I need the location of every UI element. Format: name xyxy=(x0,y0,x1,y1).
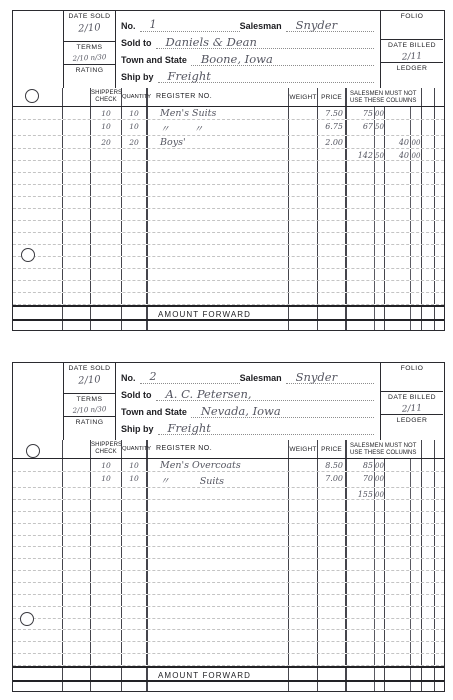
entry-price: 7.50 xyxy=(318,107,347,119)
entry-check: 10 xyxy=(91,459,122,471)
table-row xyxy=(13,245,444,257)
table-row: 142504000 xyxy=(13,149,444,161)
cell-b xyxy=(63,571,91,582)
cell-g xyxy=(318,257,347,268)
cell-a xyxy=(13,559,63,570)
entry-qty: 20 xyxy=(122,136,148,148)
salesman-label: Salesman xyxy=(240,374,286,384)
cell-a xyxy=(13,307,63,319)
cell-f xyxy=(289,654,318,665)
cell-s4 xyxy=(435,269,443,280)
cell-b xyxy=(63,221,91,232)
cell-c xyxy=(91,607,122,618)
cell-a xyxy=(13,595,63,606)
table-row: 1010〃 Suits7.007000 xyxy=(13,472,444,488)
cell-e xyxy=(148,321,289,330)
table-row xyxy=(13,619,444,631)
cell-a xyxy=(13,136,63,148)
table-row xyxy=(13,583,444,595)
cell-g xyxy=(318,488,347,499)
cell-d xyxy=(122,547,148,558)
cell-s3 xyxy=(422,619,435,630)
cell-f xyxy=(289,245,318,256)
cell-s4 xyxy=(435,607,443,618)
date-sold-value: 2/10 xyxy=(64,374,116,388)
cell-f xyxy=(289,161,318,172)
cell-a xyxy=(13,120,63,135)
weight-header: WEIGHT xyxy=(289,88,318,106)
salesmen-note-header: SALESMEN MUST NOT USE THESE COLUMNS xyxy=(347,440,422,458)
cell-s1 xyxy=(347,257,385,268)
punch-hole xyxy=(20,612,34,626)
cell-d xyxy=(122,221,148,232)
cell-s2 xyxy=(385,281,422,292)
date-sold-value: 2/10 xyxy=(64,22,116,36)
cell-b xyxy=(63,293,91,304)
cell-e xyxy=(148,269,289,280)
cell-e xyxy=(148,559,289,570)
cell-d xyxy=(122,307,148,319)
table-row xyxy=(13,221,444,233)
cell-s2 xyxy=(385,185,422,196)
cell-s4 xyxy=(435,281,443,292)
cell-s1 xyxy=(347,321,385,330)
cell-d xyxy=(122,269,148,280)
cell-e xyxy=(148,682,289,691)
amount-value: 7500 xyxy=(347,107,385,119)
header-ledger-column: FOLIO DATE BILLED 2/11 LEDGER xyxy=(381,363,443,440)
cell-s4 xyxy=(435,149,443,160)
cell-s2 xyxy=(385,307,422,319)
cell-f xyxy=(289,630,318,641)
cell-c xyxy=(91,595,122,606)
cell-g xyxy=(318,607,347,618)
cell-s1 xyxy=(347,185,385,196)
cell-s3 xyxy=(422,293,435,304)
cell-s1 xyxy=(347,500,385,511)
order-number-value: 1 xyxy=(140,19,240,32)
cell-f xyxy=(289,149,318,160)
cell-c xyxy=(91,583,122,594)
cell-a xyxy=(13,161,63,172)
cell-a xyxy=(13,459,63,471)
salesmen-note-header: SALESMEN MUST NOT USE THESE COLUMNS xyxy=(347,88,422,106)
table-row xyxy=(13,571,444,583)
ledger-label: LEDGER xyxy=(381,415,443,425)
bottom-empty-row xyxy=(13,682,444,691)
cell-d xyxy=(122,209,148,220)
cell-b xyxy=(63,307,91,319)
cell-c xyxy=(91,536,122,547)
cell-d xyxy=(122,536,148,547)
cell-s2 xyxy=(385,257,422,268)
cell-s2 xyxy=(385,524,422,535)
cell-s3 xyxy=(422,547,435,558)
entry-price: 2.00 xyxy=(318,136,347,148)
cell-g xyxy=(318,642,347,653)
sold-to-line: Sold to Daniels & Dean xyxy=(121,34,374,49)
cell-s1 xyxy=(347,642,385,653)
table-header-row: SHIPPERS CHECK QUANTITY REGISTER NO. WEI… xyxy=(13,440,444,459)
cell-s3 xyxy=(422,512,435,523)
cell-f xyxy=(289,307,318,319)
cell-s2 xyxy=(385,321,422,330)
cell-s3 xyxy=(422,269,435,280)
header-blank-cell xyxy=(13,363,64,440)
cell-s1 xyxy=(347,559,385,570)
cell-f xyxy=(289,107,318,119)
town-state-value: Nevada, Iowa xyxy=(191,405,374,418)
ledger-box: LEDGER xyxy=(381,63,443,88)
cell-s3 xyxy=(422,654,435,665)
table-row xyxy=(13,630,444,642)
ship-by-value: Freight xyxy=(158,70,374,83)
cell-c xyxy=(91,488,122,499)
cell-s3 xyxy=(422,459,435,471)
cell-s2 xyxy=(385,209,422,220)
cell-d xyxy=(122,595,148,606)
sold-to-line: Sold to A. C. Petersen, xyxy=(121,386,374,401)
cell-c xyxy=(91,654,122,665)
cell-s4 xyxy=(435,293,443,304)
cell-c xyxy=(91,197,122,208)
entry-qty: 10 xyxy=(122,459,148,471)
cell-s1 xyxy=(347,595,385,606)
cell-f xyxy=(289,459,318,471)
cell-f xyxy=(289,668,318,680)
table-row xyxy=(13,524,444,536)
table-row xyxy=(13,547,444,559)
cell-s4 xyxy=(435,173,443,184)
cell-e xyxy=(148,197,289,208)
cell-d xyxy=(122,619,148,630)
cell-f xyxy=(289,472,318,487)
cell-d xyxy=(122,583,148,594)
cell-g xyxy=(318,654,347,665)
town-state-value: Boone, Iowa xyxy=(191,53,374,66)
table-body: 1010Men's Overcoats8.5085001010〃 Suits7.… xyxy=(13,459,444,666)
cell-g xyxy=(318,512,347,523)
table-row xyxy=(13,161,444,173)
cell-a xyxy=(13,472,63,487)
date-billed-label: DATE BILLED xyxy=(381,392,443,402)
entry-register: Men's Overcoats xyxy=(148,459,289,471)
entry-register: Boys' xyxy=(148,136,289,148)
cell-e xyxy=(148,245,289,256)
cell-e xyxy=(148,547,289,558)
cell-b xyxy=(63,512,91,523)
cell-e xyxy=(148,571,289,582)
cell-g xyxy=(318,559,347,570)
cell-s1 xyxy=(347,630,385,641)
cell-s1 xyxy=(347,583,385,594)
cell-s4 xyxy=(435,472,443,487)
cell-s3 xyxy=(422,161,435,172)
cell-s3 xyxy=(422,209,435,220)
cell-e xyxy=(148,583,289,594)
cell-a xyxy=(13,500,63,511)
cell-s3 xyxy=(422,524,435,535)
cell-c xyxy=(91,221,122,232)
cell-s3 xyxy=(422,173,435,184)
cell-s2 xyxy=(385,536,422,547)
cell-a xyxy=(13,571,63,582)
cell-s2 xyxy=(385,682,422,691)
cell-g xyxy=(318,269,347,280)
cell-c xyxy=(91,682,122,691)
scanned-page: DATE SOLD 2/10 TERMS 2/10 n/30 RATING No… xyxy=(0,0,453,700)
cell-b xyxy=(63,536,91,547)
cell-f xyxy=(289,197,318,208)
punch-hole xyxy=(26,444,40,458)
amount-value: 7000 xyxy=(347,472,385,487)
cell-a xyxy=(13,321,63,330)
table-row xyxy=(13,197,444,209)
cell-g xyxy=(318,197,347,208)
cell-b xyxy=(63,233,91,244)
cell-e xyxy=(148,173,289,184)
town-state-label: Town and State xyxy=(121,56,191,66)
cell-a xyxy=(13,293,63,304)
cell-d xyxy=(122,559,148,570)
cell-d xyxy=(122,682,148,691)
cell-g xyxy=(318,547,347,558)
salesmen-note-line1: SALESMEN MUST NOT xyxy=(350,443,421,451)
cell-s1 xyxy=(347,269,385,280)
cell-s1 xyxy=(347,682,385,691)
cell-a xyxy=(13,269,63,280)
amount-forward-label: AMOUNT FORWARD xyxy=(148,668,289,680)
cell-d xyxy=(122,161,148,172)
cell-s3 xyxy=(422,595,435,606)
cell-s3 xyxy=(422,583,435,594)
cell-a xyxy=(13,512,63,523)
cell-c xyxy=(91,307,122,319)
entry-qty: 10 xyxy=(122,472,148,487)
cell-s2 xyxy=(385,571,422,582)
cell-s3 xyxy=(422,559,435,570)
cell-s2 xyxy=(385,595,422,606)
cell-s2 xyxy=(385,607,422,618)
table-row xyxy=(13,257,444,269)
bottom-empty-row xyxy=(13,321,444,330)
ledger-label: LEDGER xyxy=(381,63,443,73)
folio-label: FOLIO xyxy=(381,11,443,21)
cell-s1 xyxy=(347,571,385,582)
cell-s1 xyxy=(347,547,385,558)
cell-e xyxy=(148,619,289,630)
punch-hole xyxy=(21,248,35,262)
cell-c xyxy=(91,173,122,184)
cell-b xyxy=(63,257,91,268)
cell-d xyxy=(122,245,148,256)
cell-c xyxy=(91,233,122,244)
sold-to-label: Sold to xyxy=(121,39,156,49)
cell-s4 xyxy=(435,524,443,535)
cell-b xyxy=(63,173,91,184)
price-header: PRICE xyxy=(318,440,347,458)
cell-s2 xyxy=(385,630,422,641)
town-state-line: Town and State Boone, Iowa xyxy=(121,51,374,66)
cell-s1 xyxy=(347,136,385,148)
cell-s4 xyxy=(435,120,443,135)
table-row xyxy=(13,269,444,281)
cell-e xyxy=(148,185,289,196)
cell-f xyxy=(289,233,318,244)
cell-a xyxy=(13,185,63,196)
cell-b xyxy=(63,459,91,471)
cell-s2 xyxy=(385,559,422,570)
ship-by-line: Ship by Freight xyxy=(121,420,374,435)
cell-s4 xyxy=(435,512,443,523)
cell-d xyxy=(122,571,148,582)
cell-f xyxy=(289,583,318,594)
cell-c xyxy=(91,500,122,511)
salesman-value: Snyder xyxy=(286,371,374,384)
cell-e xyxy=(148,161,289,172)
ledger-box: LEDGER xyxy=(381,415,443,440)
cell-e xyxy=(148,149,289,160)
cell-s1 xyxy=(347,293,385,304)
table-row xyxy=(13,512,444,524)
cell-g xyxy=(318,161,347,172)
terms-label: TERMS xyxy=(64,394,115,404)
cell-s4 xyxy=(435,221,443,232)
date-billed-box: DATE BILLED 2/11 xyxy=(381,392,443,415)
table-row xyxy=(13,500,444,512)
cell-b xyxy=(63,488,91,499)
cell-b xyxy=(63,472,91,487)
cell-b xyxy=(63,642,91,653)
cell-b xyxy=(63,120,91,135)
price-header: PRICE xyxy=(318,88,347,106)
cell-g xyxy=(318,668,347,680)
cell-d xyxy=(122,321,148,330)
cell-s4 xyxy=(435,185,443,196)
table-row xyxy=(13,185,444,197)
terms-value: 2/10 n/30 xyxy=(64,405,115,415)
cell-a xyxy=(13,668,63,680)
sales-order-form-1: DATE SOLD 2/10 TERMS 2/10 n/30 RATING No… xyxy=(12,10,445,331)
cell-d xyxy=(122,173,148,184)
cell-g xyxy=(318,524,347,535)
entry-price: 6.75 xyxy=(318,120,347,135)
cell-blank-narrow xyxy=(63,88,91,106)
cell-s4 xyxy=(435,459,443,471)
entry-check: 10 xyxy=(91,120,122,135)
cell-s2 xyxy=(385,642,422,653)
cell-s4 xyxy=(435,136,443,148)
cell-f xyxy=(289,547,318,558)
cell-e xyxy=(148,233,289,244)
cell-e xyxy=(148,630,289,641)
terms-box: TERMS 2/10 n/30 xyxy=(64,42,115,65)
entry-qty: 10 xyxy=(122,120,148,135)
cell-s4 xyxy=(435,536,443,547)
rating-box: RATING xyxy=(64,417,115,440)
salesman-value: Snyder xyxy=(286,19,374,32)
cell-d xyxy=(122,668,148,680)
cell-g xyxy=(318,209,347,220)
cell-b xyxy=(63,668,91,680)
cell-d xyxy=(122,524,148,535)
ship-by-label: Ship by xyxy=(121,73,158,83)
table-row xyxy=(13,607,444,619)
cell-d xyxy=(122,281,148,292)
salesmen-note-line2: USE THESE COLUMNS xyxy=(350,450,421,458)
table-row: 15500 xyxy=(13,488,444,500)
salesmen-note-line2: USE THESE COLUMNS xyxy=(350,98,421,106)
cell-b xyxy=(63,583,91,594)
cell-e xyxy=(148,595,289,606)
cell-f xyxy=(289,281,318,292)
cell-s2 xyxy=(385,668,422,680)
cell-f xyxy=(289,571,318,582)
cell-s1 xyxy=(347,209,385,220)
cell-f xyxy=(289,512,318,523)
cell-a xyxy=(13,642,63,653)
cell-e xyxy=(148,281,289,292)
table-row xyxy=(13,233,444,245)
cell-s2 xyxy=(385,120,422,135)
cell-edge-sliver xyxy=(435,88,443,106)
cell-s3 xyxy=(422,488,435,499)
cell-s2 xyxy=(385,233,422,244)
cell-f xyxy=(289,559,318,570)
cell-s4 xyxy=(435,668,443,680)
table-row: 2020Boys'2.004000 xyxy=(13,136,444,149)
cell-a xyxy=(13,488,63,499)
folio-box: FOLIO xyxy=(381,11,443,40)
shippers-check-header: SHIPPERS CHECK xyxy=(91,88,122,106)
cell-s2 xyxy=(385,472,422,487)
amount-value: 15500 xyxy=(347,488,385,499)
cell-s1 xyxy=(347,281,385,292)
cell-g xyxy=(318,682,347,691)
rating-label: RATING xyxy=(64,417,115,427)
cell-b xyxy=(63,161,91,172)
cell-c xyxy=(91,512,122,523)
cell-s3 xyxy=(422,500,435,511)
cell-s1 xyxy=(347,233,385,244)
cell-e xyxy=(148,293,289,304)
cell-e xyxy=(148,221,289,232)
cell-s2 xyxy=(385,269,422,280)
cell-a xyxy=(13,281,63,292)
cell-b xyxy=(63,197,91,208)
cell-d xyxy=(122,233,148,244)
cell-a xyxy=(13,149,63,160)
entry-check: 10 xyxy=(91,472,122,487)
cell-s2 xyxy=(385,197,422,208)
cell-b xyxy=(63,281,91,292)
cell-s4 xyxy=(435,245,443,256)
cell-s2 xyxy=(385,619,422,630)
cell-s3 xyxy=(422,149,435,160)
cell-g xyxy=(318,630,347,641)
cell-s4 xyxy=(435,233,443,244)
cell-s4 xyxy=(435,559,443,570)
cell-s4 xyxy=(435,161,443,172)
date-billed-box: DATE BILLED 2/11 xyxy=(381,40,443,63)
table-row: 1010Men's Overcoats8.508500 xyxy=(13,459,444,472)
cell-c xyxy=(91,185,122,196)
cell-g xyxy=(318,233,347,244)
cell-s4 xyxy=(435,209,443,220)
cell-f xyxy=(289,221,318,232)
cell-d xyxy=(122,512,148,523)
cell-s2 xyxy=(385,293,422,304)
